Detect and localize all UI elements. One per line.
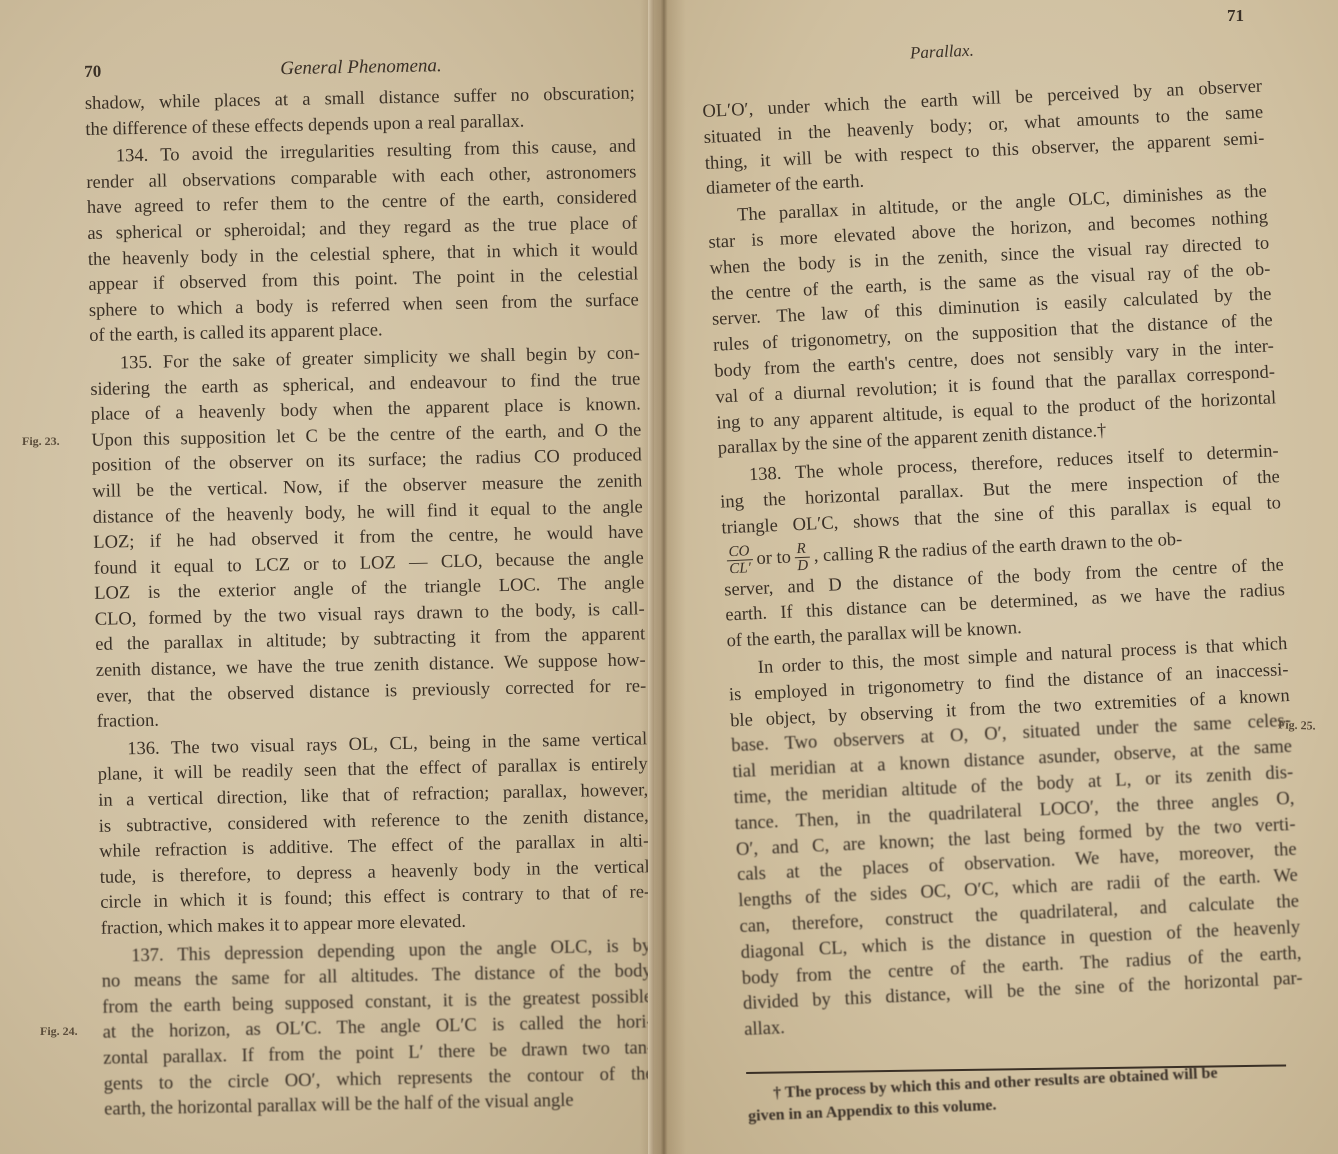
running-title-left: General Phenomena. xyxy=(280,55,442,80)
margin-note-fig-25: Fig. 25. xyxy=(1278,717,1316,733)
fraction-co-cl: COCL′ xyxy=(726,543,753,577)
book-spread: 70 General Phenomena. shadow, while plac… xyxy=(0,0,1338,1154)
running-title-right: Parallax. xyxy=(910,41,975,64)
fraction-r-d: RD xyxy=(794,540,810,574)
right-page-content: OL′O′, under which the earth will be per… xyxy=(702,75,1308,1128)
page-number-right: 71 xyxy=(1227,6,1244,26)
page-number-left: 70 xyxy=(84,62,101,82)
left-text-body: shadow, while places at a small distance… xyxy=(85,81,655,1123)
right-page: 71 Parallax. OL′O′, under which the eart… xyxy=(662,0,1338,1154)
margin-note-fig-23: Fig. 23. xyxy=(22,434,60,449)
margin-note-fig-24: Fig. 24. xyxy=(40,1024,78,1039)
left-page: 70 General Phenomena. shadow, while plac… xyxy=(0,0,662,1154)
page-edge xyxy=(648,0,654,1154)
right-text-body: OL′O′, under which the earth will be per… xyxy=(702,75,1304,1044)
left-page-content: 70 General Phenomena. shadow, while plac… xyxy=(84,47,654,1123)
